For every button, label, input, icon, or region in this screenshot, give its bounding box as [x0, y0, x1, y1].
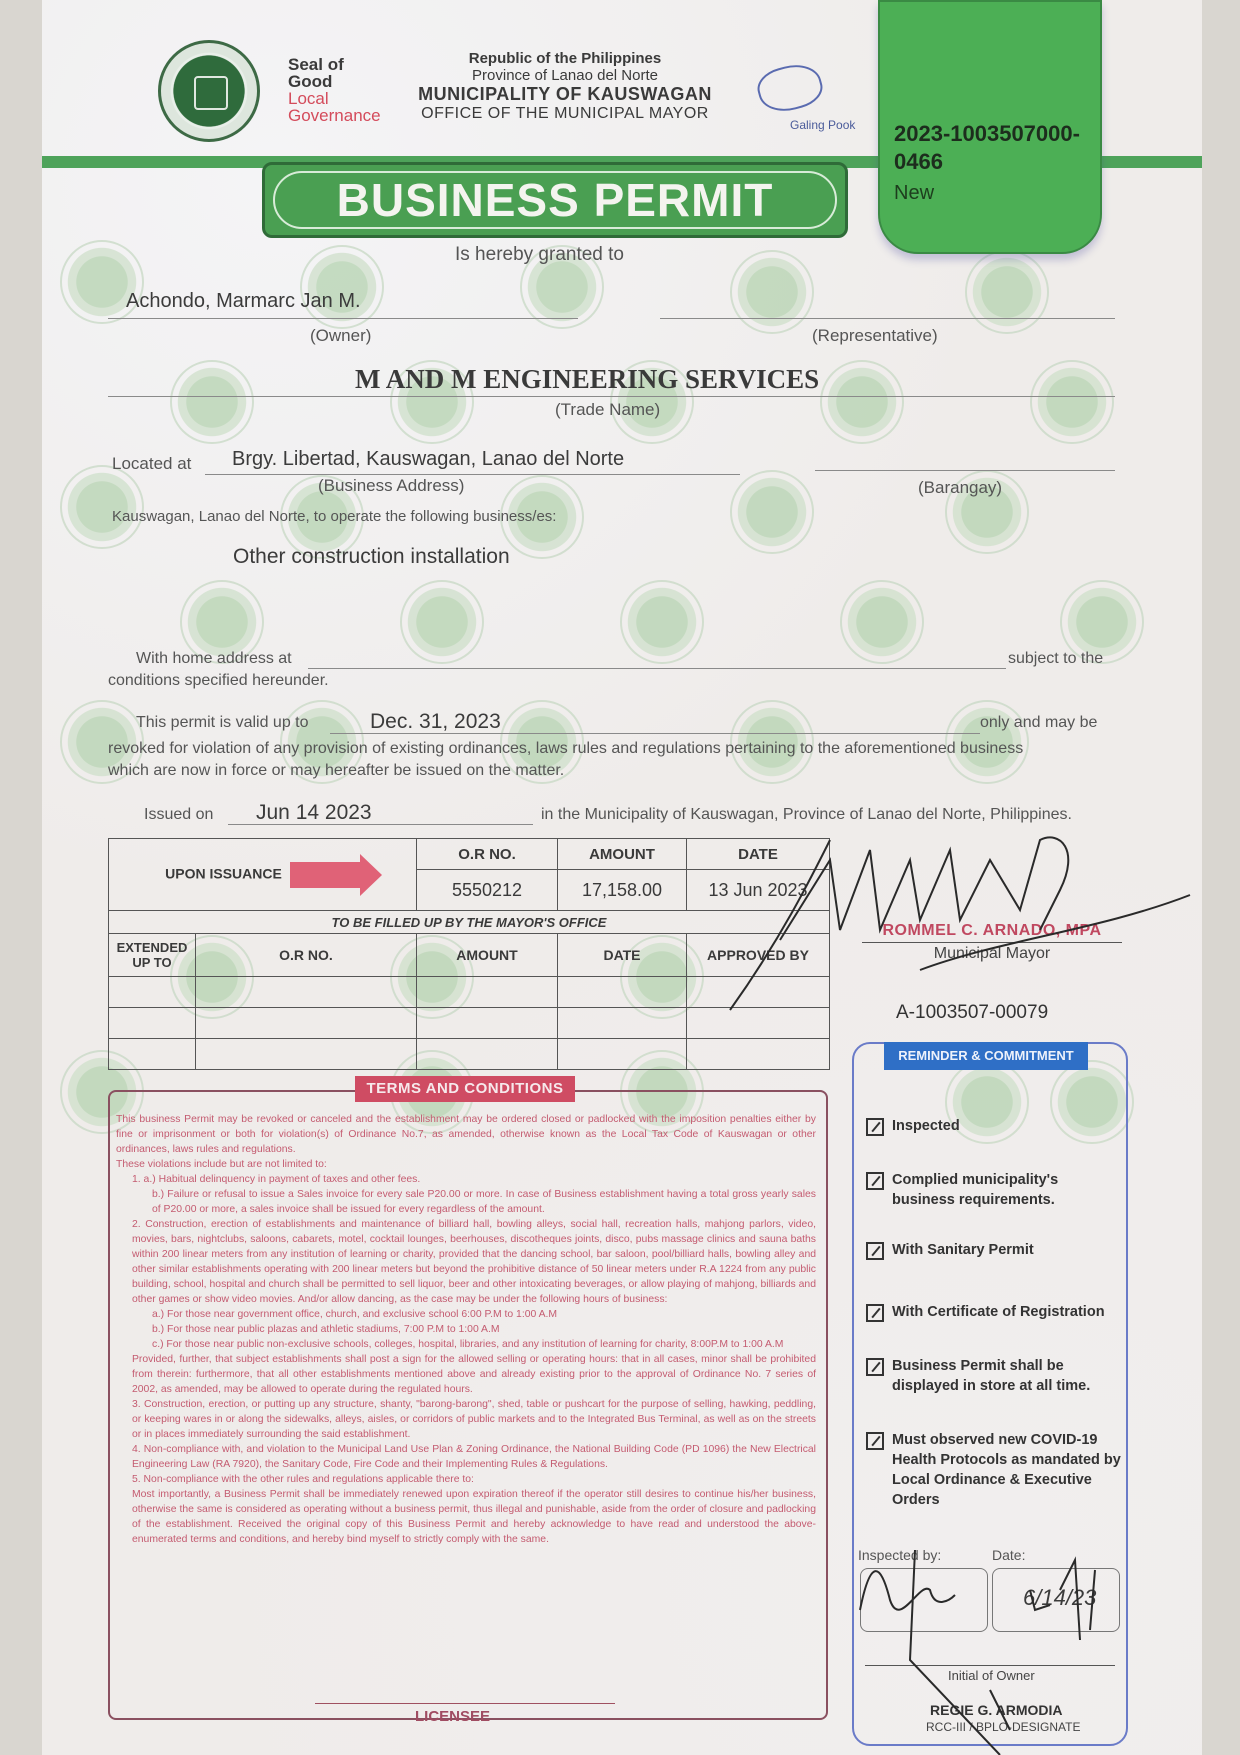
checklist-item: Must observed new COVID-19 Health Protoc… — [866, 1430, 1122, 1510]
checkbox-checked-icon[interactable] — [866, 1432, 884, 1450]
permit-number-tab: 2023-1003507000- 0466 New — [878, 0, 1102, 254]
issued-place-text: in the Municipality of Kauswagan, Provin… — [541, 806, 1072, 824]
table-row — [109, 1008, 830, 1039]
terms-paragraph: 2. Construction, erection of establishme… — [116, 1217, 816, 1307]
permit-status: New — [894, 182, 934, 205]
home-address-label: With home address at — [136, 650, 292, 668]
or-no-value: 5550212 — [417, 870, 558, 911]
amount-header: AMOUNT — [558, 839, 687, 870]
only-text: only and may be — [980, 714, 1097, 732]
upon-issuance-cell: UPON ISSUANCE — [109, 839, 417, 911]
arrow-right-icon — [290, 862, 360, 888]
date-label: Date: — [992, 1547, 1025, 1563]
office-text: OFFICE OF THE MUNICIPAL MAYOR — [400, 105, 730, 123]
watermark-seal-icon — [620, 580, 704, 664]
terms-paragraph: c.) For those near public non-exclusive … — [116, 1337, 816, 1352]
fees-table: UPON ISSUANCE O.R NO. AMOUNT DATE 555021… — [108, 838, 830, 1070]
date-value: 13 Jun 2023 — [687, 870, 830, 911]
sglg-line: Good — [288, 73, 381, 90]
mayor-signature-block: ROMMEL C. ARNADO, MPA Municipal Mayor — [862, 922, 1122, 963]
terms-paragraph: 5. Non-compliance with the other rules a… — [116, 1472, 816, 1487]
issued-date: Jun 14 2023 — [256, 801, 372, 825]
terms-paragraph: These violations include but are not lim… — [116, 1157, 816, 1172]
permit-number: 2023-1003507000- 0466 — [894, 120, 1080, 176]
barangay-label: (Barangay) — [918, 478, 1002, 498]
province-text: Province of Lanao del Norte — [400, 67, 730, 84]
inspected-by-label: Inspected by: — [858, 1547, 941, 1563]
terms-paragraph: b.) Failure or refusal to issue a Sales … — [116, 1187, 816, 1217]
ext-amount-header: AMOUNT — [417, 934, 558, 977]
business-address-label: (Business Address) — [318, 476, 464, 496]
galing-pook-icon — [753, 58, 826, 117]
amount-value: 17,158.00 — [558, 870, 687, 911]
watermark-seal-icon — [60, 465, 144, 549]
checklist-label: Inspected — [892, 1116, 1122, 1136]
initial-of-owner-label: Initial of Owner — [948, 1668, 1035, 1683]
mayors-office-label: TO BE FILLED UP BY THE MAYOR'S OFFICE — [109, 911, 830, 934]
title-banner: BUSINESS PERMIT — [262, 162, 848, 238]
letterhead: Republic of the Philippines Province of … — [400, 50, 730, 123]
terms-paragraph: 3. Construction, erection, or putting up… — [116, 1397, 816, 1442]
conditions-text: conditions specified hereunder. — [108, 672, 329, 690]
reminder-title: REMINDER & COMMITMENT — [884, 1042, 1088, 1070]
control-number: A-1003507-00079 — [896, 1002, 1048, 1024]
business-line: Other construction installation — [233, 545, 510, 569]
watermark-seal-icon — [730, 250, 814, 334]
watermark-seal-icon — [730, 470, 814, 554]
validity-text-line3: which are now in force or may hereafter … — [108, 762, 564, 780]
municipal-seal-icon — [158, 40, 260, 142]
galing-pook-text: Galing Pook — [790, 118, 855, 132]
municipality-text: MUNICIPALITY OF KAUSWAGAN — [400, 84, 730, 105]
terms-paragraph: 4. Non-compliance with, and violation to… — [116, 1442, 816, 1472]
page-title: BUSINESS PERMIT — [273, 171, 837, 229]
checklist-item: With Sanitary Permit — [866, 1240, 1122, 1260]
terms-paragraph: This business Permit may be revoked or c… — [116, 1112, 816, 1157]
watermark-seal-icon — [400, 580, 484, 664]
owner-name: Achondo, Marmarc Jan M. — [126, 290, 361, 313]
terms-body: This business Permit may be revoked or c… — [116, 1112, 816, 1547]
validity-date: Dec. 31, 2023 — [370, 710, 501, 734]
checkbox-checked-icon[interactable] — [866, 1118, 884, 1136]
checklist-item: Inspected — [866, 1116, 1122, 1136]
ext-or-header: O.R NO. — [196, 934, 417, 977]
watermark-seal-icon — [300, 245, 384, 329]
subject-to-text: subject to the — [1008, 650, 1103, 668]
inspected-by-field[interactable] — [860, 1568, 988, 1632]
checkbox-checked-icon[interactable] — [866, 1172, 884, 1190]
watermark-seal-icon — [1030, 360, 1114, 444]
or-no-header: O.R NO. — [417, 839, 558, 870]
table-row — [109, 1039, 830, 1070]
representative-label: (Representative) — [812, 326, 938, 346]
inspection-date-field[interactable]: 6/14/23 — [992, 1568, 1120, 1632]
sglg-line: Governance — [288, 107, 381, 124]
granted-to-label: Is hereby granted to — [455, 244, 624, 266]
sglg-line: Seal of — [288, 56, 381, 73]
terms-paragraph: 1. a.) Habitual delinquency in payment o… — [116, 1172, 816, 1187]
watermark-seal-icon — [840, 580, 924, 664]
terms-paragraph: a.) For those near government office, ch… — [116, 1307, 816, 1322]
watermark-seal-icon — [820, 360, 904, 444]
sglg-logo: Seal of Good Local Governance — [288, 56, 381, 124]
ext-date-header: DATE — [558, 934, 687, 977]
validity-text-line2: revoked for violation of any provision o… — [108, 740, 1023, 758]
extended-header: EXTENDED UP TO — [109, 934, 196, 977]
checkbox-checked-icon[interactable] — [866, 1304, 884, 1322]
watermark-seal-icon — [965, 250, 1049, 334]
republic-text: Republic of the Philippines — [400, 50, 730, 67]
inspection-date: 6/14/23 — [1023, 1585, 1096, 1611]
terms-paragraph: b.) For those near public plazas and ath… — [116, 1322, 816, 1337]
owner-label: (Owner) — [310, 326, 371, 346]
checkbox-checked-icon[interactable] — [866, 1242, 884, 1260]
officer-name: REGIE G. ARMODIA — [930, 1702, 1063, 1718]
checklist-item: Business Permit shall be displayed in st… — [866, 1356, 1122, 1396]
terms-paragraph: Provided, further, that subject establis… — [116, 1352, 816, 1397]
checklist-item: Complied municipality's business require… — [866, 1170, 1122, 1210]
valid-up-to-label: This permit is valid up to — [136, 714, 309, 732]
checklist-label: Complied municipality's business require… — [892, 1170, 1122, 1210]
located-at-label: Located at — [112, 454, 191, 474]
officer-title: RCC-III / BPLO-DESIGNATE — [926, 1720, 1080, 1734]
checklist-label: With Sanitary Permit — [892, 1240, 1122, 1260]
galing-pook-logo: Galing Pook — [752, 60, 862, 140]
terms-title: TERMS AND CONDITIONS — [355, 1076, 575, 1102]
watermark-seal-icon — [170, 360, 254, 444]
operate-text: Kauswagan, Lanao del Norte, to operate t… — [112, 508, 556, 525]
trade-name-label: (Trade Name) — [555, 400, 660, 420]
sglg-line: Local — [288, 90, 381, 107]
mayor-name: ROMMEL C. ARNADO, MPA — [862, 922, 1122, 940]
issued-on-label: Issued on — [144, 806, 213, 824]
checkbox-checked-icon[interactable] — [866, 1358, 884, 1376]
checklist-label: With Certificate of Registration — [892, 1302, 1122, 1322]
licensee-label: LICENSEE — [415, 1708, 490, 1725]
date-header: DATE — [687, 839, 830, 870]
table-row — [109, 977, 830, 1008]
mayor-title: Municipal Mayor — [862, 945, 1122, 963]
checklist-label: Must observed new COVID-19 Health Protoc… — [892, 1430, 1122, 1510]
approved-by-header: APPROVED BY — [687, 934, 830, 977]
trade-name: M AND M ENGINEERING SERVICES — [355, 364, 819, 395]
terms-paragraph: Most importantly, a Business Permit shal… — [116, 1487, 816, 1547]
checklist-item: With Certificate of Registration — [866, 1302, 1122, 1322]
checklist-label: Business Permit shall be displayed in st… — [892, 1356, 1122, 1396]
business-address: Brgy. Libertad, Kauswagan, Lanao del Nor… — [232, 448, 624, 471]
